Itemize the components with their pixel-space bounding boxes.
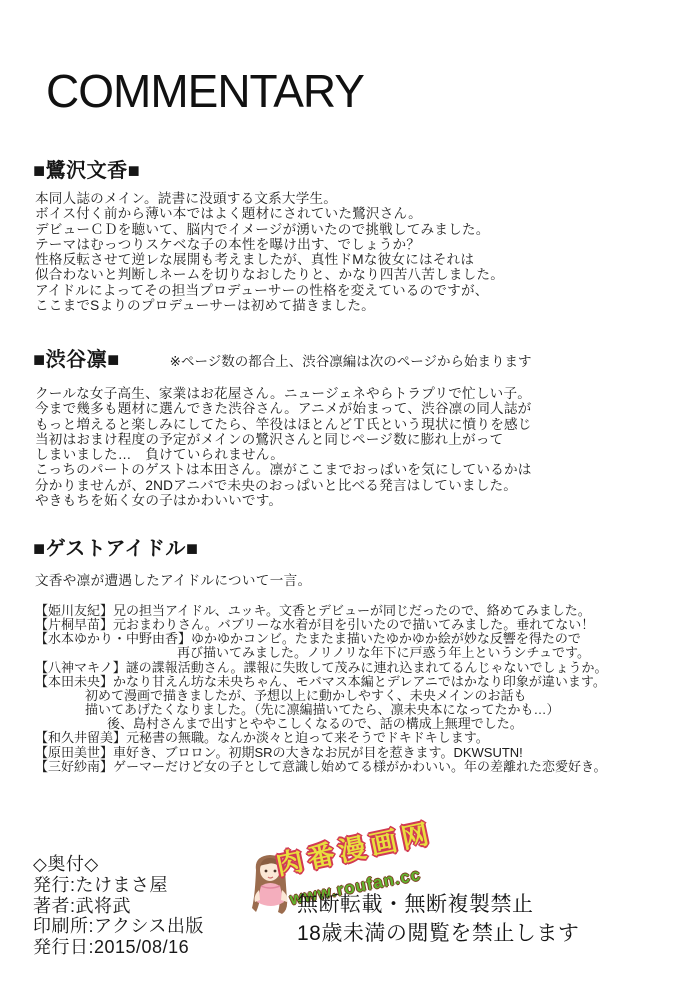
section-shibuya-header: ■渋谷凛■ ※ページ数の都合上、渋谷凛編は次のページから始まります (33, 343, 531, 372)
guest-list-item: 【和久井留美】元秘書の無職。なんか淡々と迫って来そうでドキドキします。 (35, 731, 608, 745)
warning-line-1: 無断転載・無断複製禁止 (297, 890, 579, 919)
section-text-sagisawa: 本同人誌のメイン。読書に没頭する文系大学生。 ボイス付く前から薄い本ではよく題材… (35, 191, 504, 313)
section-heading-sagisawa: ■鷺沢文香■ (33, 154, 140, 183)
guest-list-item-continued: 再び描いてみました。ノリノリな年下に戸惑う年上というシチュです。 (35, 646, 608, 660)
guest-list-item: 【三好紗南】ゲーマーだけど女の子として意識し始めてる様がかわいい。年の差離れた恋… (35, 760, 608, 774)
guest-list-item-continued: 後、島村さんまで出すとややこしくなるので、話の構成上無理でした。 (35, 717, 608, 731)
section-heading-shibuya: ■渋谷凛■ (33, 343, 120, 372)
guest-list-item-continued: 描いてあげたくなりました。（先に凛編描いてたら、凛未央本になってたかも…） (35, 703, 608, 717)
guest-idol-list: 【姫川友紀】兄の担当アイドル、ユッキ。文香とデビューが同じだったので、絡めてみま… (35, 604, 608, 774)
colophon-heading: ◇奥付◇ (33, 854, 204, 875)
colophon-lines: 発行:たけまさ屋 著者:武将武 印刷所:アクシス出版 発行日:2015/08/1… (33, 875, 204, 958)
guest-list-item: 【原田美世】車好き、ブロロン。初期SRの大きなお尻が目を惹きます。DKWSUTN… (35, 746, 608, 760)
warning-line-2: 18歳未満の閲覧を禁止します (297, 919, 579, 948)
colophon: ◇奥付◇ 発行:たけまさ屋 著者:武将武 印刷所:アクシス出版 発行日:2015… (33, 854, 204, 958)
guest-list-item: 【本田未央】かなり甘えん坊な未央ちゃん、モバマス本編とデレアニではかなり印象が違… (35, 675, 608, 689)
guest-intro: 文香や凛が遭遇したアイドルについて一言。 (35, 569, 311, 589)
section-heading-guest: ■ゲストアイドル■ (33, 532, 198, 561)
guest-list-item-continued: 初めて漫画で描きましたが、予想以上に動かしやすく、未央メインのお話も (35, 689, 608, 703)
section-sagisawa: ■鷺沢文香■ (33, 154, 140, 183)
section-text-shibuya: クールな女子高生、家業はお花屋さん。ニュージェネやらトラプリで忙しい子。 今まで… (35, 386, 532, 508)
guest-list-item: 【八神マキノ】謎の諜報活動さん。諜報に失敗して茂みに連れ込まれてるんじゃないでし… (35, 661, 608, 675)
guest-list-item: 【姫川友紀】兄の担当アイドル、ユッキ。文香とデビューが同じだったので、絡めてみま… (35, 604, 608, 618)
guest-list-item: 【片桐早苗】元おまわりさん。バブリーな水着が目を引いたので描いてみました。垂れて… (35, 618, 608, 632)
commentary-page: COMMENTARY ■鷺沢文香■ 本同人誌のメイン。読書に没頭する文系大学生。… (0, 0, 680, 996)
section-guest-header: ■ゲストアイドル■ (33, 532, 198, 561)
guest-list-item: 【水本ゆかり・中野由香】ゆかゆかコンビ。たまたま描いたゆかゆか絵が妙な反響を得た… (35, 632, 608, 646)
reproduction-warning: 無断転載・無断複製禁止 18歳未満の閲覧を禁止します (297, 890, 579, 948)
page-count-note: ※ページ数の都合上、渋谷凛編は次のページから始まります (170, 350, 532, 370)
page-title: COMMENTARY (46, 64, 364, 118)
